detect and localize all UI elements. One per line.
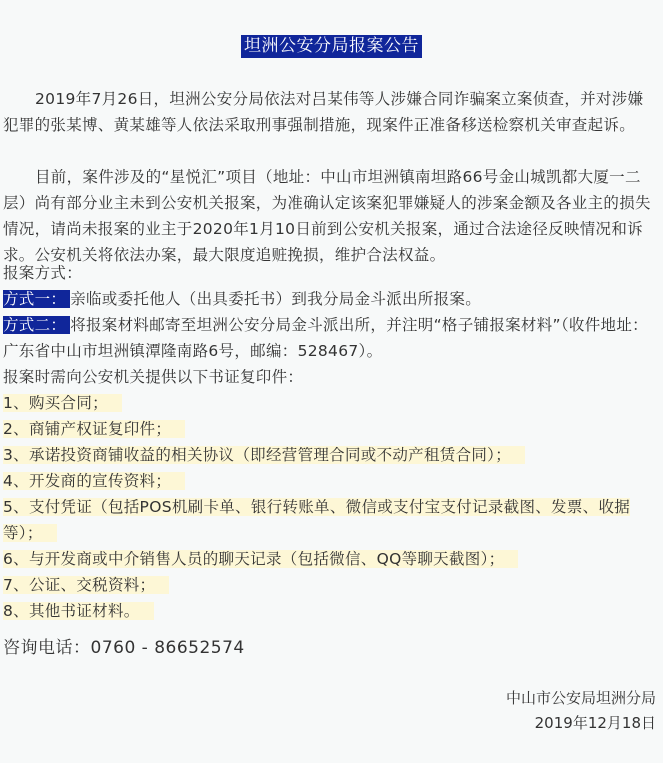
list-item: 5、支付凭证（包括POS机刷卡单、银行转账单、微信或支付宝支付记录截图、发票、收…	[3, 494, 659, 546]
list-item: 4、开发商的宣传资料；	[3, 468, 659, 494]
contact-phone: 咨询电话：0760 - 86652574	[3, 635, 245, 661]
title-container: 坦洲公安分局报案公告	[0, 35, 663, 58]
method-label: 方式一：	[3, 290, 70, 308]
signature-org: 中山市公安局坦洲分局	[506, 686, 656, 710]
method-text: 亲临或委托他人（出具委托书）到我分局金斗派出所报案。	[70, 290, 481, 308]
list-item: 2、商铺产权证复印件；	[3, 416, 659, 442]
methods-heading: 报案方式：	[3, 260, 659, 286]
list-item: 1、购买合同；	[3, 390, 659, 416]
method-one: 方式一：亲临或委托他人（出具委托书）到我分局金斗派出所报案。	[3, 286, 659, 312]
list-item: 7、公证、交税资料；	[3, 572, 659, 598]
method-two: 方式二：将报案材料邮寄至坦洲公安分局金斗派出所，并注明“格子铺报案材料”（收件地…	[3, 312, 659, 364]
materials-list: 1、购买合同； 2、商铺产权证复印件； 3、承诺投资商铺收益的相关协议（即经营管…	[3, 390, 659, 624]
paragraph-notice: 目前，案件涉及的“星悦汇”项目（地址：中山市坦洲镇南坦路66号金山城凯都大厦一二…	[3, 164, 659, 268]
paragraph-case-filed: 2019年7月26日，坦洲公安分局依法对吕某伟等人涉嫌合同诈骗案立案侦查，并对涉…	[3, 86, 659, 138]
list-item: 8、其他书证材料。	[3, 598, 659, 624]
list-item: 6、与开发商或中介销售人员的聊天记录（包括微信、QQ等聊天截图）；	[3, 546, 659, 572]
list-item: 3、承诺投资商铺收益的相关协议（即经营管理合同或不动产租赁合同）；	[3, 442, 659, 468]
method-text: 将报案材料邮寄至坦洲公安分局金斗派出所，并注明“格子铺报案材料”（收件地址：广东…	[3, 316, 648, 360]
method-label: 方式二：	[3, 316, 70, 334]
page-title: 坦洲公安分局报案公告	[241, 35, 422, 58]
signature-date: 2019年12月18日	[535, 711, 656, 735]
materials-heading: 报案时需向公安机关提供以下书证复印件：	[3, 364, 659, 390]
